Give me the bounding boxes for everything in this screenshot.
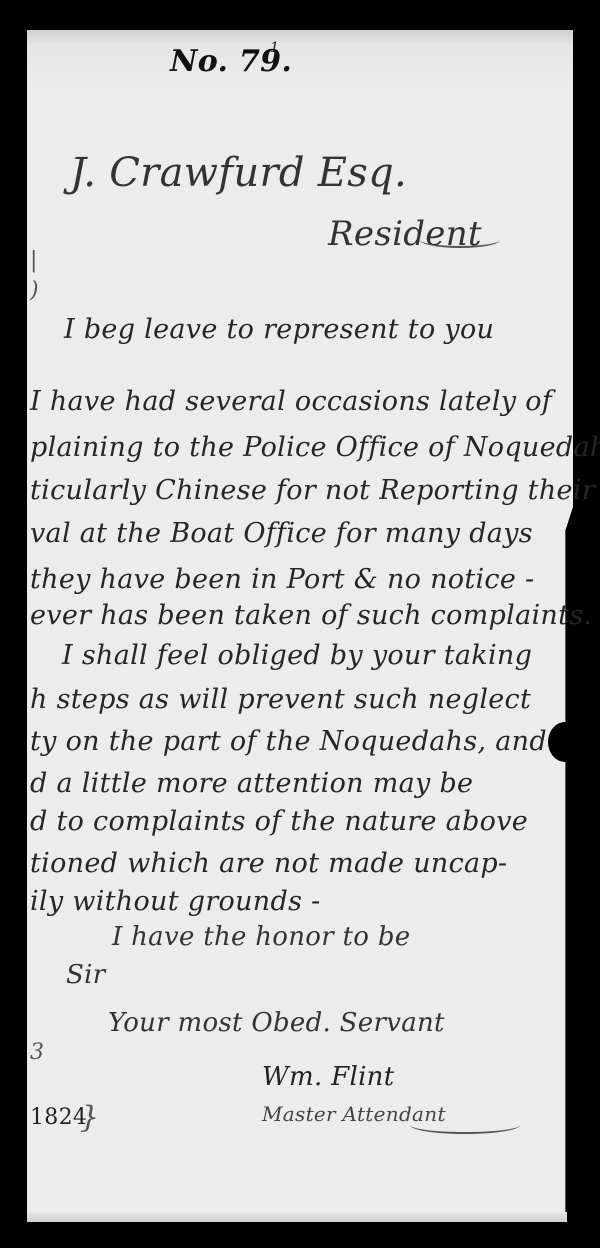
body-line: ty on the part of the Noquedahs, and xyxy=(30,726,547,757)
addressee: J. Crawfurd Esq. xyxy=(70,150,407,196)
flourish xyxy=(420,232,500,248)
body-line: plaining to the Police Office of Noqueda… xyxy=(30,432,600,463)
binding-hole xyxy=(548,722,582,762)
body-line: ticularly Chinese for not Reporting thei… xyxy=(30,475,595,506)
body-line: I beg leave to represent to you xyxy=(64,314,494,345)
document-number-mark: 1 xyxy=(270,40,279,56)
body-line: I have had several occasions lately of xyxy=(30,386,552,417)
body-line: d to complaints of the nature above xyxy=(30,806,528,837)
closing-line: I have the honor to be xyxy=(112,922,410,952)
body-line: val at the Boat Office for many days xyxy=(30,518,533,549)
margin-brace: } xyxy=(80,1100,99,1135)
body-line: ever has been taken of such complaints. xyxy=(30,600,592,631)
closing-line: Your most Obed. Servant xyxy=(108,1008,445,1038)
body-line: h steps as will prevent such neglect xyxy=(30,684,531,715)
body-line: they have been in Port & no notice - xyxy=(30,564,534,595)
salutation: Sir xyxy=(66,960,105,990)
margin-mark: 3 xyxy=(30,1040,44,1065)
body-line: ily without grounds - xyxy=(30,886,321,917)
page-edge xyxy=(27,1212,567,1222)
margin-mark: ) xyxy=(30,278,39,303)
signature: Wm. Flint xyxy=(262,1062,394,1092)
flourish xyxy=(410,1116,520,1134)
margin-mark: | xyxy=(30,248,37,273)
body-line: tioned which are not made uncap- xyxy=(30,848,507,879)
body-line: d a little more attention may be xyxy=(30,768,473,799)
body-line: I shall feel obliged by your taking xyxy=(62,640,532,671)
margin-year: 1824 xyxy=(30,1105,87,1130)
